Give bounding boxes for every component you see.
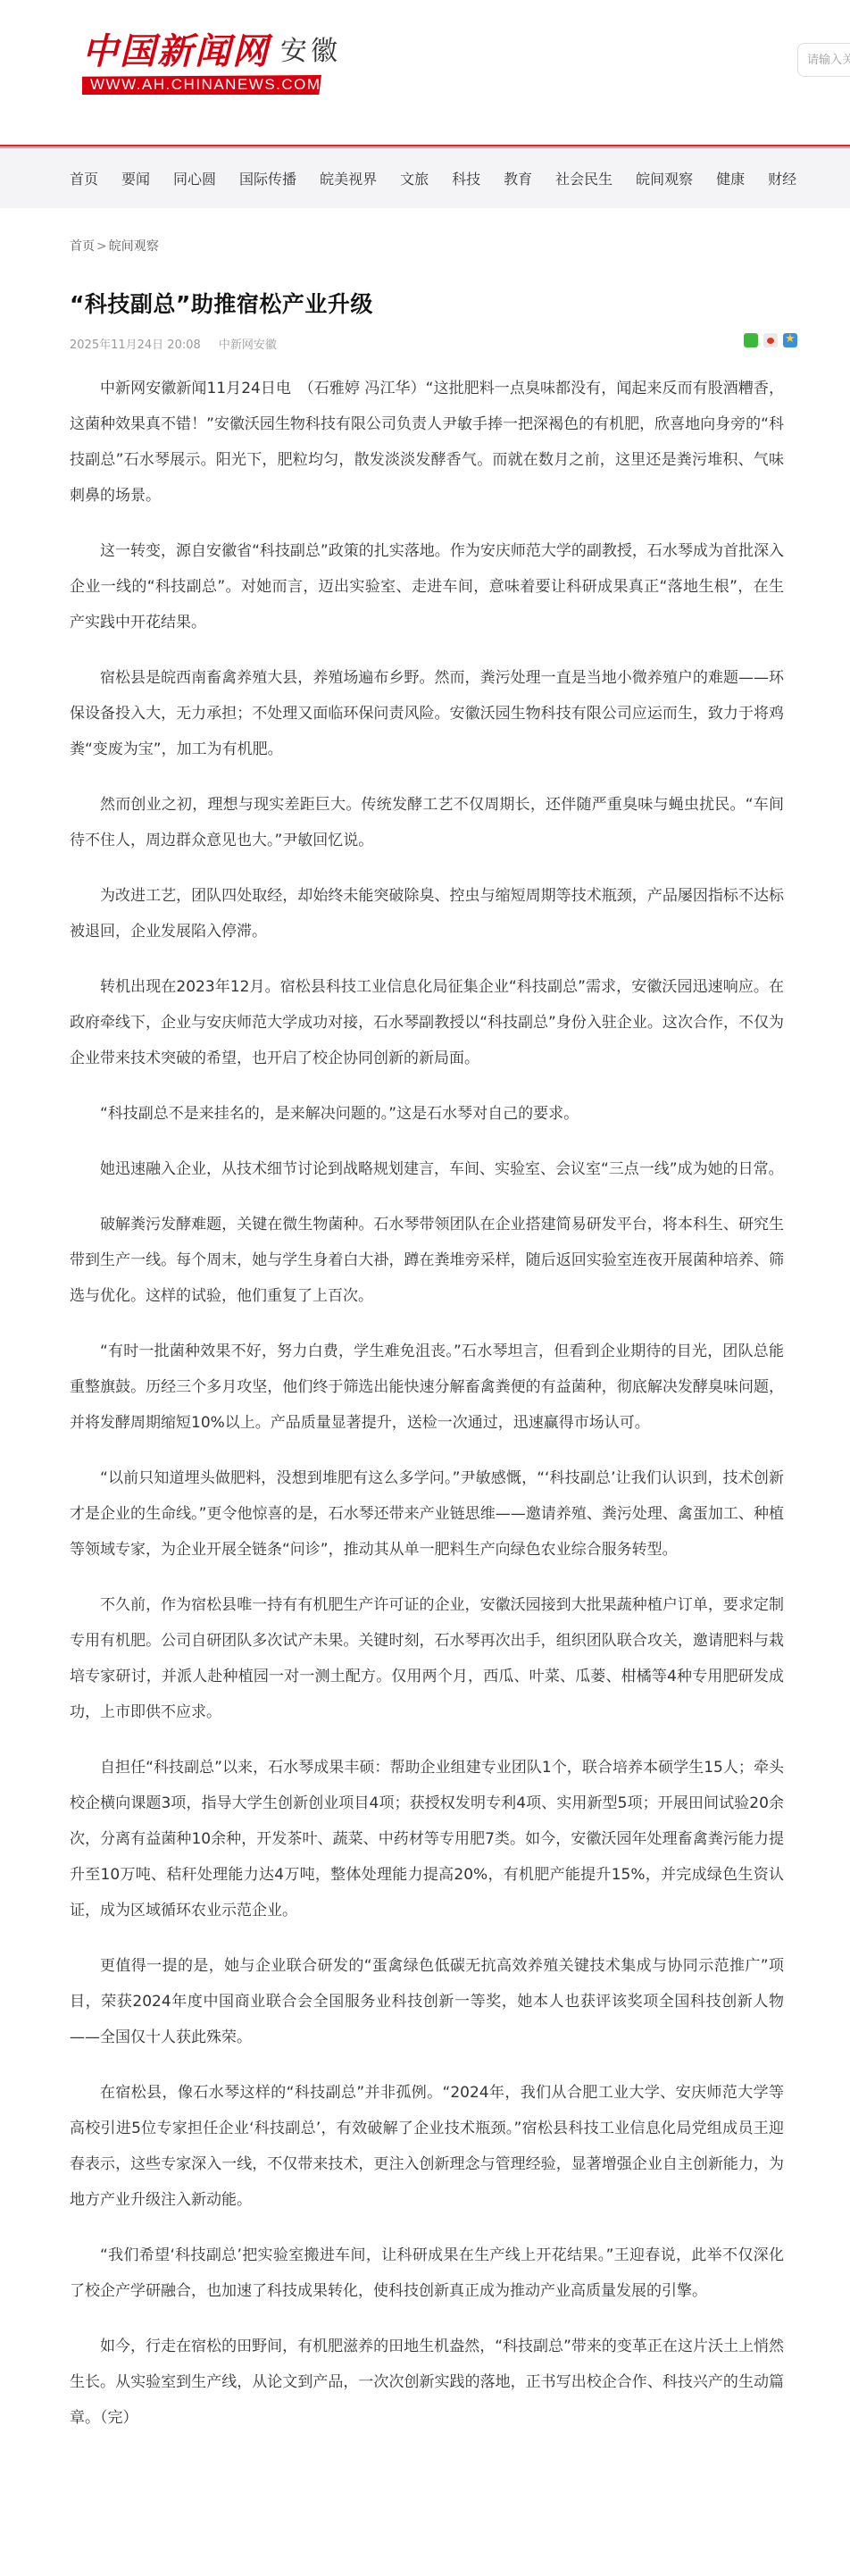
article-paragraph: 破解粪污发酵难题，关键在微生物菌种。石水琴带领团队在企业搭建简易研发平台，将本科… <box>70 1207 784 1314</box>
nav-item-wanjian-observation[interactable]: 皖间观察 <box>636 168 693 188</box>
breadcrumb-current[interactable]: 皖间观察 <box>109 239 159 254</box>
nav-item-health[interactable]: 健康 <box>716 168 745 188</box>
article-paragraph: 这一转变，源自安徽省“科技副总”政策的扎实落地。作为安庆师范大学的副教授，石水琴… <box>70 533 784 640</box>
logo-anhui-text: 安徽 <box>280 29 341 68</box>
qzone-icon[interactable] <box>783 333 797 347</box>
nav-item-education[interactable]: 教育 <box>504 168 532 188</box>
article-paragraph: “我们希望‘科技副总’把实验室搬进车间，让科研成果在生产线上开花结果。”王迎春说… <box>70 2237 784 2309</box>
nav-item-home[interactable]: 首页 <box>70 168 98 188</box>
search-box[interactable] <box>797 43 850 77</box>
site-logo[interactable]: 中国新闻网 安徽 WWW.AH.CHINANEWS.COM <box>82 27 323 96</box>
article-body: 中新网安徽新闻11月24日电 （石雅婷 冯江华）“这批肥料一点臭味都没有，闻起来… <box>70 371 784 2436</box>
breadcrumb: 首页>皖间观察 <box>0 237 850 255</box>
breadcrumb-home[interactable]: 首页 <box>70 239 95 254</box>
article-paragraph: 更值得一提的是，她与企业联合研发的“蛋禽绿色低碳无抗高效养殖关键技术集成与协同示… <box>70 1948 784 2055</box>
nav-item-finance[interactable]: 财经 <box>768 168 796 188</box>
article-paragraph: 自担任“科技副总”以来，石水琴成果丰硕：帮助企业组建专业团队1个，联合培养本硕学… <box>70 1750 784 1928</box>
nav-item-international[interactable]: 国际传播 <box>239 168 296 188</box>
nav-item-tongxinyuan[interactable]: 同心圆 <box>173 168 216 188</box>
article-paragraph: “科技副总不是来挂名的，是来解决问题的。”这是石水琴对自己的要求。 <box>70 1096 784 1132</box>
article-paragraph: 在宿松县，像石水琴这样的“科技副总”并非孤例。“2024年，我们从合肥工业大学、… <box>70 2075 784 2218</box>
article-meta: 2025年11月24日 20:08 中新网安徽 <box>70 335 850 353</box>
nav-item-headlines[interactable]: 要闻 <box>121 168 150 188</box>
nav-item-society[interactable]: 社会民生 <box>555 168 612 188</box>
article-paragraph: 如今，行走在宿松的田野间，有机肥滋养的田地生机盎然，“科技副总”带来的变革正在这… <box>70 2329 784 2436</box>
logo-url-band: WWW.AH.CHINANEWS.COM <box>82 75 321 95</box>
wechat-icon[interactable] <box>744 333 758 347</box>
article-paragraph: 然而创业之初，理想与现实差距巨大。传统发酵工艺不仅周期长，还伴随严重臭味与蝇虫扰… <box>70 787 784 858</box>
main-nav: 首页 要闻 同心圆 国际传播 皖美视界 文旅 科技 教育 社会民生 皖间观察 健… <box>0 148 850 208</box>
share-bar <box>744 333 797 347</box>
nav-item-culture-tourism[interactable]: 文旅 <box>400 168 429 188</box>
article-paragraph: 为改进工艺，团队四处取经，却始终未能突破除臭、控虫与缩短周期等技术瓶颈，产品屡因… <box>70 878 784 949</box>
article-paragraph: 转机出现在2023年12月。宿松县科技工业信息化局征集企业“科技副总”需求，安徽… <box>70 969 784 1076</box>
article-datetime: 2025年11月24日 20:08 <box>70 339 201 352</box>
logo-wordmark: 中国新闻网 安徽 <box>82 27 341 70</box>
nav-item-technology[interactable]: 科技 <box>452 168 480 188</box>
article-paragraph: “有时一批菌种效果不好，努力白费，学生难免沮丧。”石水琴坦言，但看到企业期待的目… <box>70 1334 784 1441</box>
logo-chinanews-text: 中国新闻网 <box>82 23 270 74</box>
article-paragraph: 宿松县是皖西南畜禽养殖大县，养殖场遍布乡野。然而，粪污处理一直是当地小微养殖户的… <box>70 660 784 767</box>
article-paragraph: “以前只知道埋头做肥料，没想到堆肥有这么多学问。”尹敏感慨，“‘科技副总’让我们… <box>70 1460 784 1568</box>
article-title: “科技副总”助推宿松产业升级 <box>70 287 850 319</box>
article-paragraph: 不久前，作为宿松县唯一持有有机肥生产许可证的企业，安徽沃园接到大批果蔬种植户订单… <box>70 1587 784 1730</box>
nav-item-wanmei-vision[interactable]: 皖美视界 <box>320 168 377 188</box>
search-input[interactable] <box>798 44 850 76</box>
article-paragraph: 她迅速融入企业，从技术细节讨论到战略规划建言，车间、实验室、会议室“三点一线”成… <box>70 1151 784 1187</box>
article-paragraph: 中新网安徽新闻11月24日电 （石雅婷 冯江华）“这批肥料一点臭味都没有，闻起来… <box>70 371 784 514</box>
article-source: 中新网安徽 <box>219 339 277 352</box>
weibo-icon[interactable] <box>763 333 778 347</box>
site-header: 中国新闻网 安徽 WWW.AH.CHINANEWS.COM <box>0 0 850 145</box>
breadcrumb-separator: > <box>96 239 107 254</box>
